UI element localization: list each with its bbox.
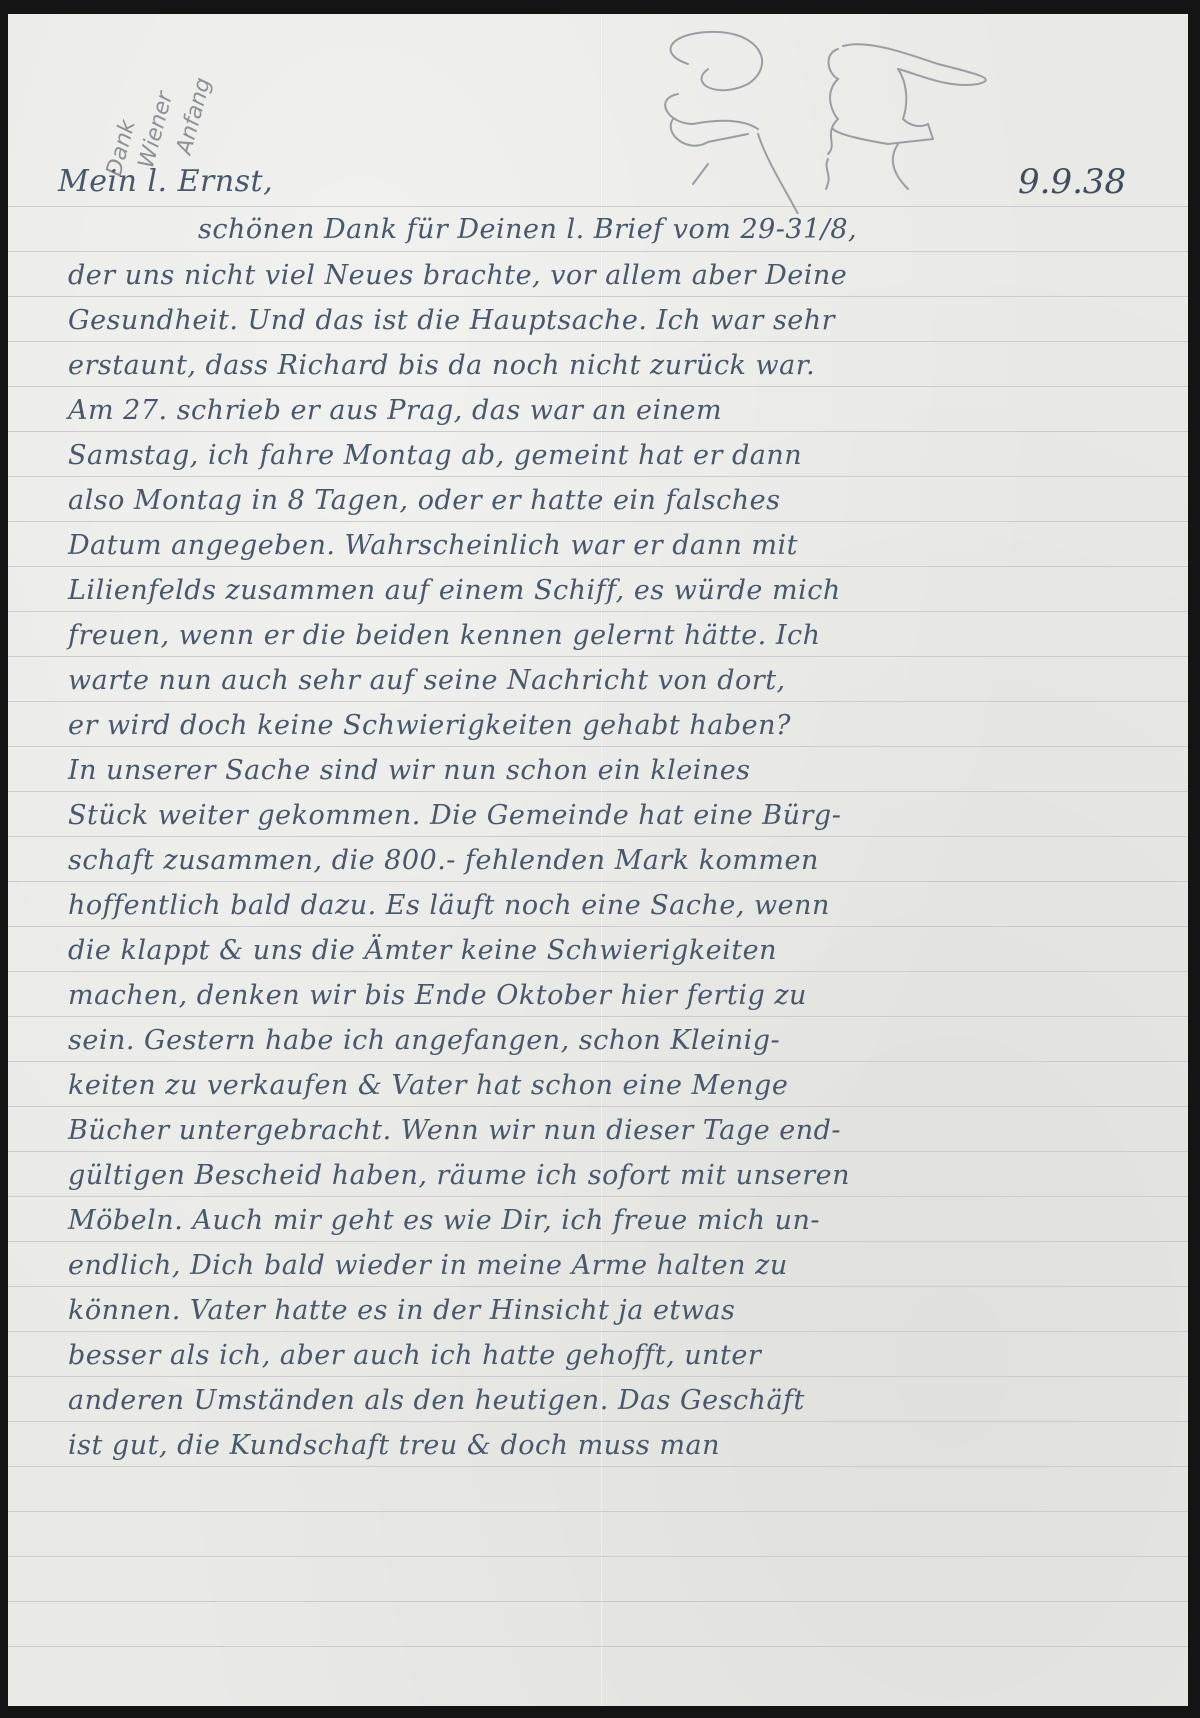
letter-line: Samstag, ich fahre Montag ab, gemeint ha… [68, 440, 802, 471]
ruled-line [8, 1241, 1188, 1242]
ruled-line [8, 1511, 1188, 1512]
ruled-line [8, 791, 1188, 792]
letter-line: Bücher untergebracht. Wenn wir nun diese… [68, 1115, 841, 1146]
letter-greeting: Mein l. Ernst, [58, 164, 273, 199]
letter-line: gültigen Bescheid haben, räume ich sofor… [68, 1160, 850, 1191]
ruled-line [8, 1016, 1188, 1017]
ruled-line [8, 476, 1188, 477]
letter-line: erstaunt, dass Richard bis da noch nicht… [68, 350, 815, 381]
ruled-line [8, 1106, 1188, 1107]
ruled-line [8, 1376, 1188, 1377]
letter-line: Möbeln. Auch mir geht es wie Dir, ich fr… [68, 1205, 820, 1236]
ruled-line [8, 1601, 1188, 1602]
letter-line: In unserer Sache sind wir nun schon ein … [68, 755, 751, 786]
ruled-line [8, 1331, 1188, 1332]
ruled-line [8, 431, 1188, 432]
letter-line: schaft zusammen, die 800.- fehlenden Mar… [68, 845, 819, 876]
letter-line: hoffentlich bald dazu. Es läuft noch ein… [68, 890, 830, 921]
pencil-note: Anfang [172, 75, 216, 157]
ruled-line [8, 296, 1188, 297]
ruled-line [8, 1421, 1188, 1422]
letter-page: Dank Wiener Anfang 9.9.38 Mein l. Ernst,… [8, 14, 1188, 1706]
pencil-note: Wiener [134, 89, 178, 171]
letter-line: anderen Umständen als den heutigen. Das … [68, 1385, 805, 1416]
letter-line: Lilienfelds zusammen auf einem Schiff, e… [68, 575, 841, 606]
letter-line: der uns nicht viel Neues brachte, vor al… [68, 260, 847, 291]
letter-line: die klappt & uns die Ämter keine Schwier… [68, 935, 777, 966]
letter-line: endlich, Dich bald wieder in meine Arme … [68, 1250, 788, 1281]
letter-line: besser als ich, aber auch ich hatte geho… [68, 1340, 761, 1371]
ruled-line [8, 1646, 1188, 1647]
letter-line: er wird doch keine Schwierigkeiten gehab… [68, 710, 791, 741]
ruled-line [8, 1151, 1188, 1152]
letter-date: 9.9.38 [1018, 162, 1126, 202]
ruled-line [8, 566, 1188, 567]
ruled-line [8, 701, 1188, 702]
letter-line: also Montag in 8 Tagen, oder er hatte ei… [68, 485, 780, 516]
letter-line: ist gut, die Kundschaft treu & doch muss… [68, 1430, 720, 1461]
ruled-line [8, 1196, 1188, 1197]
ruled-line [8, 926, 1188, 927]
ruled-line [8, 386, 1188, 387]
ruled-line [8, 1466, 1188, 1467]
letter-line: freuen, wenn er die beiden kennen gelern… [68, 620, 821, 651]
letter-line: sein. Gestern habe ich angefangen, schon… [68, 1025, 780, 1056]
ruled-line [8, 521, 1188, 522]
letter-line: schönen Dank für Deinen l. Brief vom 29-… [198, 214, 857, 245]
letter-line: können. Vater hatte es in der Hinsicht j… [68, 1295, 735, 1326]
ruled-line [8, 971, 1188, 972]
ruled-line [8, 746, 1188, 747]
ruled-line [8, 656, 1188, 657]
ruled-line [8, 341, 1188, 342]
ruled-line [8, 1286, 1188, 1287]
ruled-line [8, 836, 1188, 837]
ruled-line [8, 881, 1188, 882]
letter-line: warte nun auch sehr auf seine Nachricht … [68, 665, 786, 696]
ruled-line [8, 1556, 1188, 1557]
letter-line: Am 27. schrieb er aus Prag, das war an e… [68, 395, 722, 426]
letter-line: keiten zu verkaufen & Vater hat schon ei… [68, 1070, 788, 1101]
letter-line: Stück weiter gekommen. Die Gemeinde hat … [68, 800, 841, 831]
ruled-line [8, 611, 1188, 612]
letter-line: Gesundheit. Und das ist die Hauptsache. … [68, 305, 835, 336]
pencil-sketch-icon [648, 24, 1028, 214]
letter-line: Datum angegeben. Wahrscheinlich war er d… [68, 530, 798, 561]
ruled-line [8, 251, 1188, 252]
letter-line: machen, denken wir bis Ende Oktober hier… [68, 980, 807, 1011]
ruled-line [8, 1061, 1188, 1062]
